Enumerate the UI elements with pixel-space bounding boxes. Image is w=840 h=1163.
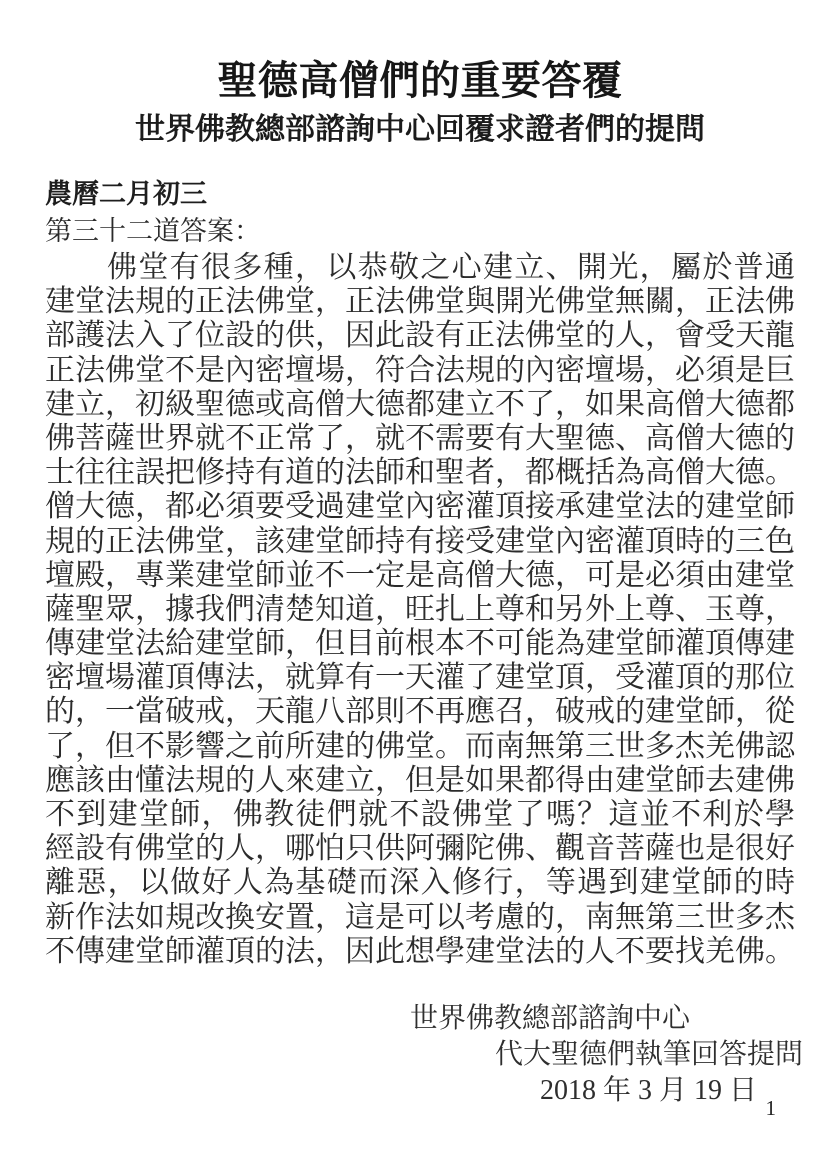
lunar-date-heading: 農曆二月初三 [45, 178, 795, 210]
body-line: 規的正法佛堂，該建堂師持有接受建堂內密灌頂時的三色金剛繩和四天王內 [45, 525, 795, 559]
body-line: 佛堂有很多種，以恭敬之心建立、開光，屬於普通佛堂，並不是符合 [45, 251, 795, 285]
body-line: 應該由懂法規的人來建立，但是如果都得由建堂師去建佛堂，而很多人都找 [45, 764, 795, 798]
signature-byline: 代大聖德們執筆回答提問 [495, 1037, 840, 1073]
answer-number-label: 第三十二道答案： [45, 214, 795, 248]
body-line: 不傳建堂師灌頂的法，因此想學建堂法的人不要找羌佛。 [45, 935, 795, 969]
body-line: 壇殿，專業建堂師並不一定是高僧大德，可是必須由建堂師設建才能召供菩 [45, 559, 795, 593]
body-line: 的，一當破戒，天龍八部則不再應召，破戒的建堂師，從此就失掉建堂道力 [45, 695, 795, 729]
body-line: 離惡，以做好人為基礎而深入修行，等遇到建堂師的時候，再請建堂師去重 [45, 866, 795, 900]
body-line: 傳建堂法給建堂師，但目前根本不可能為建堂師灌頂傳建堂法，因為沒有內 [45, 627, 795, 661]
body-line: 佛菩薩世界就不正常了，就不需要有大聖德、高僧大德的區別了，但社會人 [45, 422, 795, 456]
body-line: 薩聖眾，據我們清楚知道，旺扎上尊和另外上尊、玉尊，能作建堂師灌頂、 [45, 593, 795, 627]
body-line: 新作法如規改換安置，這是可以考慮的，南無第三世多杰羌佛明確說了，祂 [45, 901, 795, 935]
page-number: 1 [766, 1096, 777, 1121]
body-line: 建堂法規的正法佛堂，正法佛堂與開光佛堂無關，正法佛堂是鐵定召天龍八 [45, 285, 795, 319]
signature-org: 世界佛教總部諮詢中心 [410, 1001, 840, 1037]
body-line: 建立，初級聖德或高僧大德都建立不了，如果高僧大德都能建立內密壇場， [45, 388, 795, 422]
body-line: 正法佛堂不是內密壇場，符合法規的內密壇場，必須是巨聖德、大聖德才能 [45, 354, 795, 388]
signature-date: 2018 年 3 月 19 日 [540, 1073, 840, 1109]
body-line: 了，但不影響之前所建的佛堂。而南無第三世多杰羌佛認為，正規佛堂確實 [45, 730, 795, 764]
body-line: 士往往誤把修持有道的法師和聖者，都概括為高僧大德。無論是聖德還是高 [45, 456, 795, 490]
body-line: 部護法入了位設的供，因此設有正法佛堂的人，會受天龍八部護佑。注意： [45, 319, 795, 353]
answer-body: 佛堂有很多種，以恭敬之心建立、開光，屬於普通佛堂，並不是符合 建堂法規的正法佛堂… [45, 251, 795, 969]
signature-block: 世界佛教總部諮詢中心 代大聖德們執筆回答提問 2018 年 3 月 19 日 [0, 1001, 840, 1109]
body-line: 僧大德，都必須要受過建堂內密灌頂接承建堂法的建堂師才建立的了符合法 [45, 490, 795, 524]
body-line: 不到建堂師，佛教徒們就不設佛堂了嗎？這並不利於學佛，因此羌佛認為已 [45, 798, 795, 832]
document-subtitle: 世界佛教總部諮詢中心回覆求證者們的提問 [45, 112, 795, 148]
document-title: 聖德高僧們的重要答覆 [45, 0, 795, 106]
body-line: 經設有佛堂的人，哪怕只供阿彌陀佛、觀音菩薩也是很好的，關鍵在於行善 [45, 832, 795, 866]
document-page: 聖德高僧們的重要答覆 世界佛教總部諮詢中心回覆求證者們的提問 農曆二月初三 第三… [0, 0, 840, 1163]
body-line: 密壇場灌頂傳法，就算有一天灌了建堂頂，受灌頂的那位建堂師也不能犯戒 [45, 661, 795, 695]
